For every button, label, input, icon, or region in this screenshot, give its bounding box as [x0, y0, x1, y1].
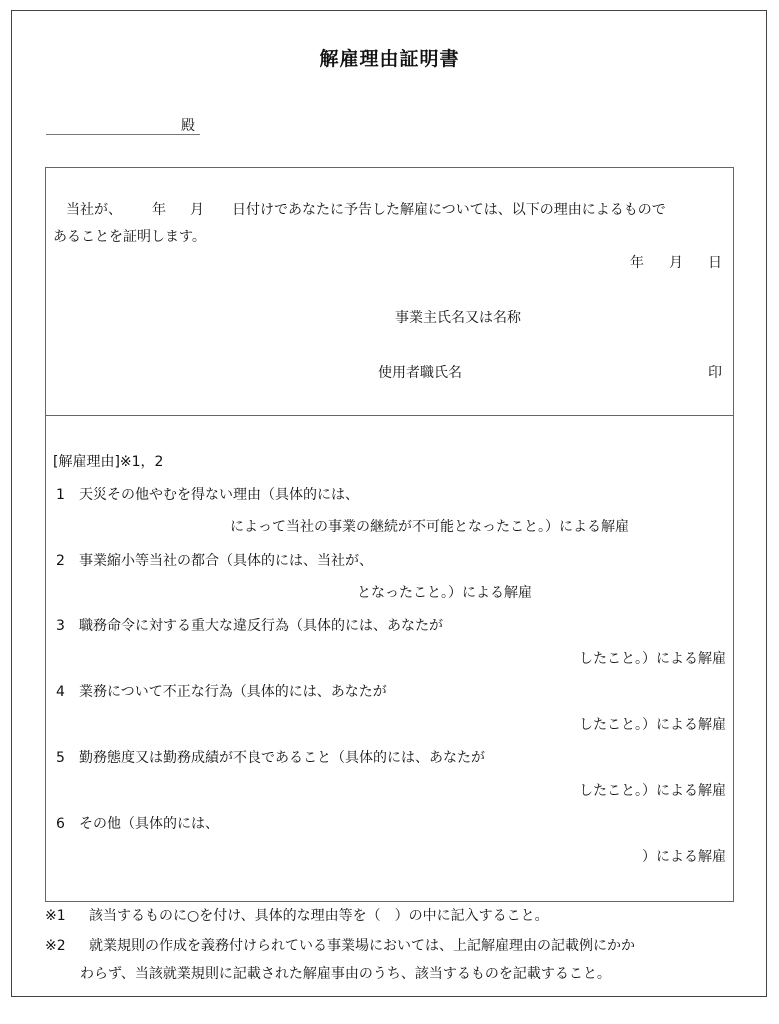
reason-4-num: 4: [56, 683, 65, 701]
addressee-line[interactable]: [46, 134, 200, 135]
reason-2-num: 2: [56, 552, 65, 570]
reason-6-num: 6: [56, 815, 65, 833]
note-2-text: 就業規則の作成を義務付けられている事業場においては、上記解雇理由の記載例にかか: [89, 937, 635, 955]
reason-4-line2: したこと。）による解雇: [579, 716, 726, 734]
date-month: 月: [669, 254, 683, 272]
seal-mark: 印: [708, 364, 722, 382]
reason-1-line1: 天災その他やむを得ない理由（具体的には、: [79, 486, 359, 504]
cert-prefix: 当社が、: [66, 201, 122, 219]
officer-name-label: 使用者職氏名: [378, 364, 462, 382]
reason-4-line1: 業務について不正な行為（具体的には、あなたが: [79, 683, 387, 701]
reason-5-num: 5: [56, 749, 65, 767]
employer-name-label: 事業主氏名又は名称: [395, 309, 521, 327]
date-day: 日: [708, 254, 722, 272]
cert-month: 月: [190, 201, 204, 219]
cert-year: 年: [152, 201, 166, 219]
addressee-suffix: 殿: [181, 117, 195, 135]
reason-5-line1: 勤務態度又は勤務成績が不良であること（具体的には、あなたが: [79, 749, 485, 767]
cert-line2: あることを証明します。: [53, 228, 206, 246]
section-divider: [45, 415, 734, 416]
reason-1-line2: によって当社の事業の継続が不可能となったこと。）による解雇: [230, 518, 629, 536]
note-1-text: 該当するものに○を付け、具体的な理由等を（ ）の中に記入すること。: [89, 907, 549, 925]
reason-2-line1: 事業縮小等当社の都合（具体的には、当社が、: [79, 552, 373, 570]
reasons-heading: [解雇理由]※1，2: [53, 453, 163, 471]
reason-6-line1: その他（具体的には、: [79, 815, 219, 833]
note-1-mark: ※1: [45, 907, 66, 925]
reason-3-line2: したこと。）による解雇: [579, 650, 726, 668]
reason-3-num: 3: [56, 617, 65, 635]
reason-3-line1: 職務命令に対する重大な違反行為（具体的には、あなたが: [79, 617, 443, 635]
note-2-mark: ※2: [45, 937, 66, 955]
cert-line1-rest: 日付けであなたに予告した解雇については、以下の理由によるもので: [232, 201, 666, 219]
reason-1-num: 1: [56, 486, 65, 504]
reason-2-line2: となったこと。）による解雇: [357, 584, 532, 602]
reason-6-line2: ）による解雇: [642, 848, 726, 866]
date-year: 年: [630, 254, 644, 272]
document-title: 解雇理由証明書: [0, 44, 779, 71]
reason-5-line2: したこと。）による解雇: [579, 782, 726, 800]
note-2-text-cont: わらず、当該就業規則に記載された解雇事由のうち、該当するものを記載すること。: [80, 965, 611, 983]
